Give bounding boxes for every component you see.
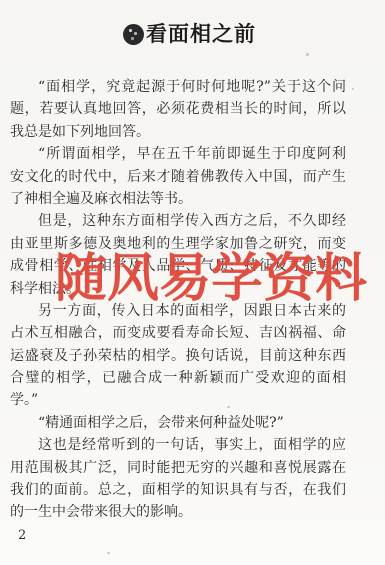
- text-line: 但是，这种东方面相学传入西方之后，不久即经: [10, 210, 346, 232]
- watermark-text: 随风易学资料: [55, 251, 375, 307]
- paragraph: 另一方面，传入日本的面相学，因跟日本古来的占术互相融合，而变成要看寿命长短、吉凶…: [10, 300, 346, 412]
- text-line: “精通面相学之后，会带来何种益处呢?”: [10, 412, 346, 434]
- text-line: 我们的面前。总之，面相学的知识具有与否，在我们: [10, 479, 346, 501]
- chapter-title: 看面相之前: [146, 22, 256, 46]
- scan-speck: [352, 88, 354, 90]
- text-line: 我总是如下列地回答。: [10, 121, 346, 143]
- paragraph: “面相学，究竟起源于何时何地呢?”关于这个问题，若要认真地回答，必须花费相当长的…: [10, 76, 346, 143]
- bullet-inner-mark: [129, 29, 132, 32]
- text-line: 题，若要认真地回答，必须花费相当长的时间，所以: [10, 98, 346, 120]
- text-line: 了神相全遍及麻衣相法等书。: [10, 188, 346, 210]
- text-line: 的一生中会带来很大的影响。: [10, 501, 346, 523]
- section-bullet-icon: [123, 24, 144, 45]
- text-line: 安文化的时代中，后来才随着佛教传入中国，而产生: [10, 166, 346, 188]
- paragraph: 这也是经常听到的一句话，事实上，面相学的应用范围极其广泛，同时能把无穷的兴趣和喜…: [10, 434, 346, 524]
- scan-speck: [227, 406, 230, 408]
- text-line: 这也是经常听到的一句话，事实上，面相学的应: [10, 434, 346, 456]
- scan-speck: [306, 53, 309, 56]
- paragraph: “精通面相学之后，会带来何种益处呢?”: [10, 412, 346, 434]
- page-number: 2: [18, 528, 26, 544]
- text-line: 占术互相融合，而变成要看寿命长短、吉凶祸福、命: [10, 322, 346, 344]
- text-line: 用范围极其广泛，同时能把无穷的兴趣和喜悦展露在: [10, 457, 346, 479]
- paragraph: “所谓面相学，早在五千年前即诞生于印度阿利安文化的时代中，后来才随着佛教传入中国…: [10, 143, 346, 210]
- text-line: “面相学，究竟起源于何时何地呢?”关于这个问: [10, 76, 346, 98]
- text-line: “所谓面相学，早在五千年前即诞生于印度阿利: [10, 143, 346, 165]
- book-page: 看面相之前 “面相学，究竟起源于何时何地呢?”关于这个问题，若要认真地回答，必须…: [0, 0, 385, 565]
- chapter-header: 看面相之前: [0, 22, 382, 46]
- text-line: 合璧的相学，已融合成一种新颖而广受欢迎的面相: [10, 367, 346, 389]
- text-line: 运盛衰及子孙荣枯的相学。换句话说，目前这种东西: [10, 345, 346, 367]
- scan-speck: [107, 552, 110, 554]
- text-line: 学。”: [10, 389, 346, 411]
